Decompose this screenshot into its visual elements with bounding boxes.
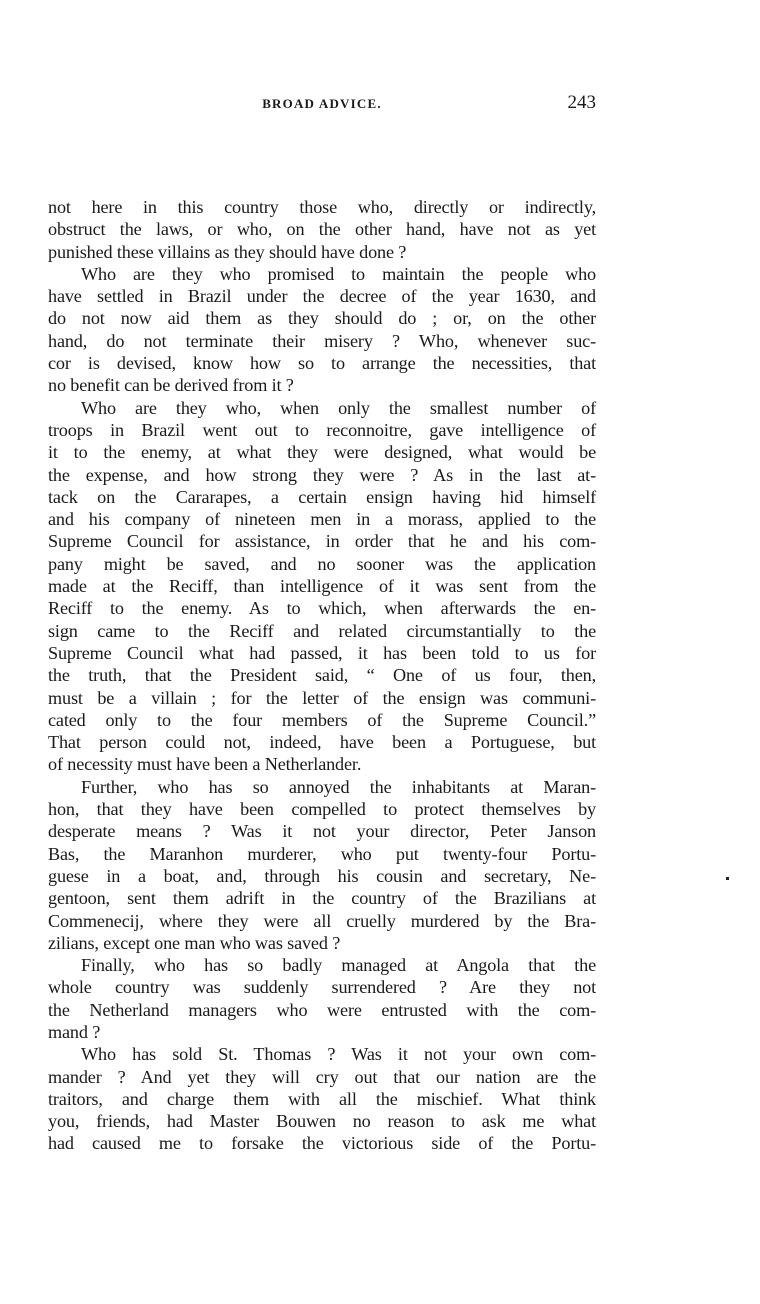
text-line: it to the enemy, at what they were desig… (48, 441, 596, 463)
text-line: obstruct the laws, or who, on the other … (48, 218, 596, 240)
paragraph: Who are they who promised to maintain th… (48, 263, 596, 397)
text-line: of necessity must have been a Netherland… (48, 753, 596, 775)
paragraph: not here in this country those who, dire… (48, 196, 596, 263)
text-line: Finally, who has so badly managed at Ang… (48, 954, 596, 976)
text-line: cor is devised, know how so to arrange t… (48, 352, 596, 374)
text-line: desperate means ? Was it not your direct… (48, 820, 596, 842)
text-line: tack on the Cararapes, a certain ensign … (48, 486, 596, 508)
text-line: have settled in Brazil under the decree … (48, 285, 596, 307)
text-line: punished these villains as they should h… (48, 241, 596, 263)
text-line: the expense, and how strong they were ? … (48, 464, 596, 486)
text-line: hon, that they have been compelled to pr… (48, 798, 596, 820)
body-text: not here in this country those who, dire… (48, 196, 596, 1155)
text-line: you, friends, had Master Bouwen no reaso… (48, 1110, 596, 1132)
paragraph: Who has sold St. Thomas ? Was it not you… (48, 1043, 596, 1154)
text-line: Commenecij, where they were all cruelly … (48, 910, 596, 932)
text-line: Who are they who promised to maintain th… (48, 263, 596, 285)
text-line: must be a villain ; for the letter of th… (48, 687, 596, 709)
text-line: not here in this country those who, dire… (48, 196, 596, 218)
text-line: and his company of nineteen men in a mor… (48, 508, 596, 530)
text-line: mand ? (48, 1021, 596, 1043)
text-line: Supreme Council for assistance, in order… (48, 530, 596, 552)
text-line: cated only to the four members of the Su… (48, 709, 596, 731)
text-line: sign came to the Reciff and related circ… (48, 620, 596, 642)
text-line: Further, who has so annoyed the inhabita… (48, 776, 596, 798)
scan-speck (726, 877, 729, 880)
page-number: 243 (568, 92, 597, 114)
paragraph: Finally, who has so badly managed at Ang… (48, 954, 596, 1043)
text-line: That person could not, indeed, have been… (48, 731, 596, 753)
text-line: Who are they who, when only the smallest… (48, 397, 596, 419)
text-line: Who has sold St. Thomas ? Was it not you… (48, 1043, 596, 1065)
running-head: BROAD ADVICE. 243 (48, 92, 596, 116)
text-line: Reciff to the enemy. As to which, when a… (48, 597, 596, 619)
paragraph: Who are they who, when only the smallest… (48, 397, 596, 776)
text-line: whole country was suddenly surrendered ?… (48, 976, 596, 998)
text-line: do not now aid them as they should do ; … (48, 307, 596, 329)
text-line: had caused me to forsake the victorious … (48, 1132, 596, 1154)
text-line: Supreme Council what had passed, it has … (48, 642, 596, 664)
running-title: BROAD ADVICE. (48, 96, 596, 112)
text-line: gentoon, sent them adrift in the country… (48, 887, 596, 909)
text-line: troops in Brazil went out to reconnoitre… (48, 419, 596, 441)
paragraph: Further, who has so annoyed the inhabita… (48, 776, 596, 954)
text-line: hand, do not terminate their misery ? Wh… (48, 330, 596, 352)
text-line: made at the Reciff, than intelligence of… (48, 575, 596, 597)
text-line: traitors, and charge them with all the m… (48, 1088, 596, 1110)
text-line: the Netherland managers who were entrust… (48, 999, 596, 1021)
text-line: guese in a boat, and, through his cousin… (48, 865, 596, 887)
text-line: Bas, the Maranhon murderer, who put twen… (48, 843, 596, 865)
text-line: mander ? And yet they will cry out that … (48, 1066, 596, 1088)
text-line: no benefit can be derived from it ? (48, 374, 596, 396)
text-line: zilians, except one man who was saved ? (48, 932, 596, 954)
text-line: pany might be saved, and no sooner was t… (48, 553, 596, 575)
text-line: the truth, that the President said, “ On… (48, 664, 596, 686)
